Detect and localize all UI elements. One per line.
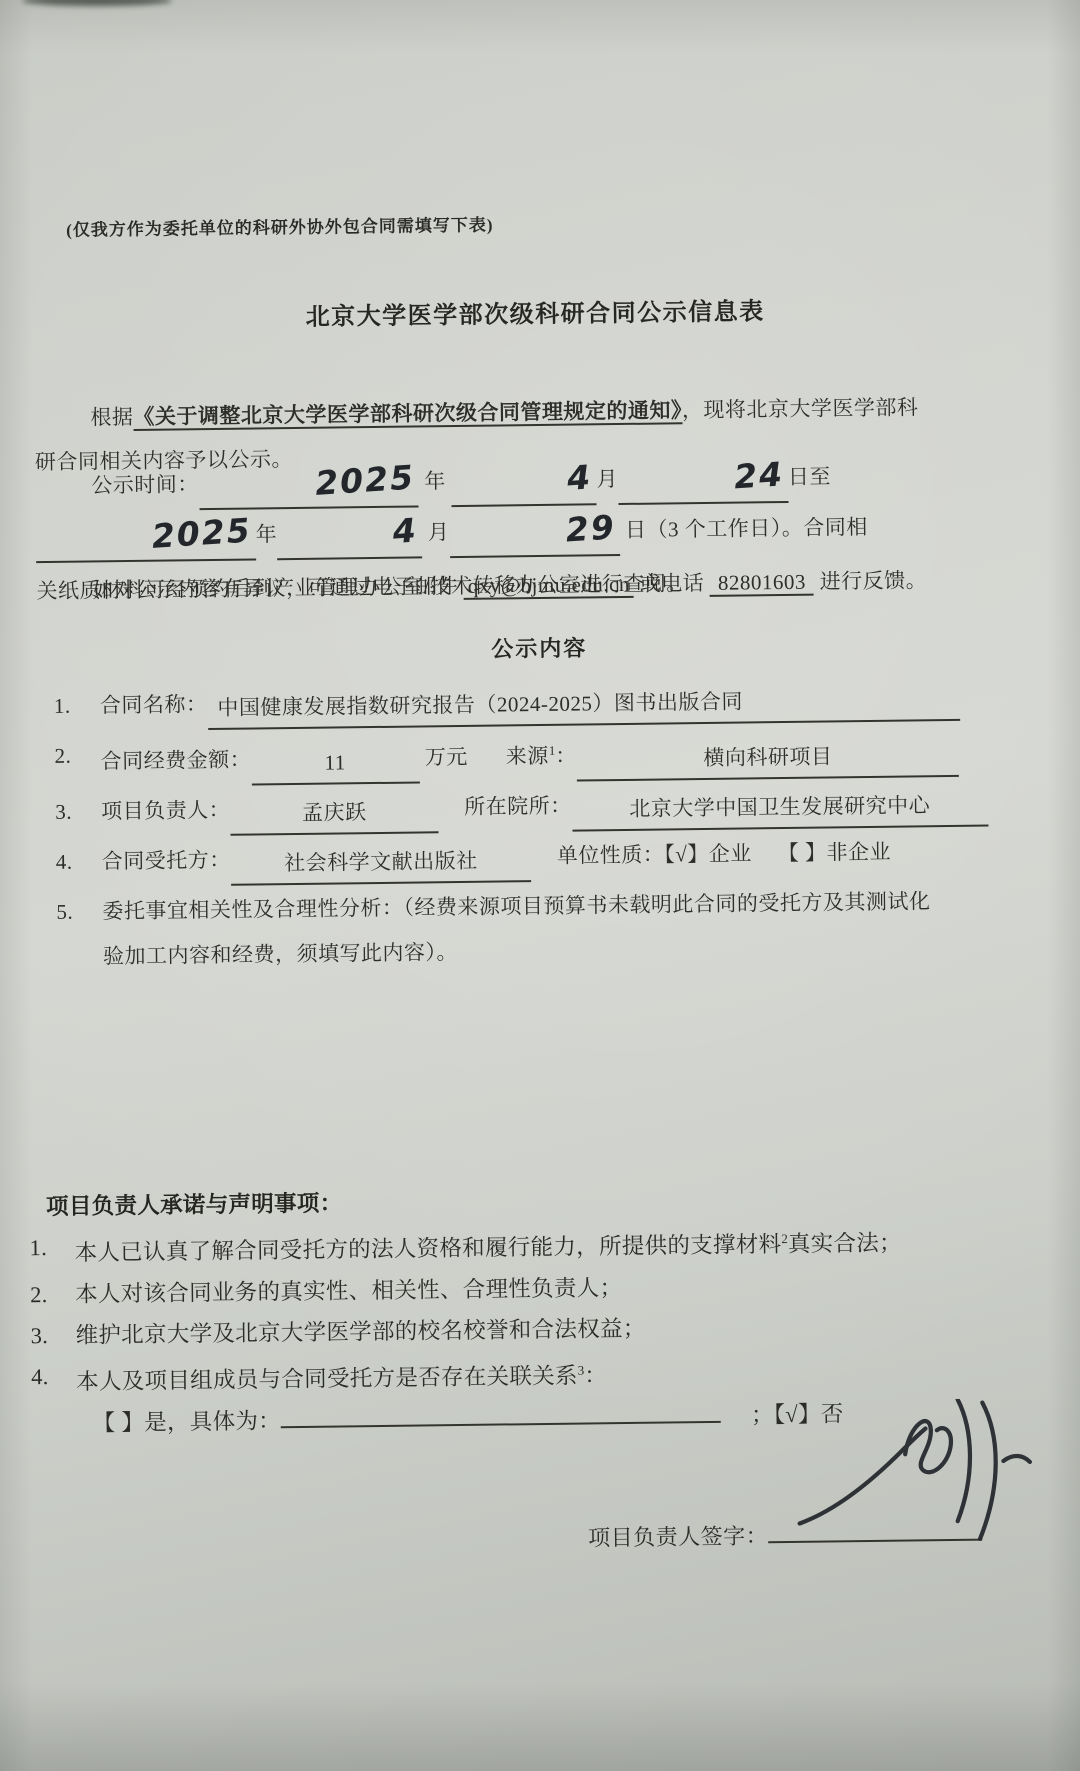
end-month-field: 4 [277,515,422,560]
institute-label: 所在院所： [464,794,572,819]
analysis-text-line1: （经费来源项目预算书未载明此合同的受托方及其测试化 [403,889,930,919]
declaration-text: 本人已认真了解合同受托方的法人资格和履行能力，所提供的支撑材料 [74,1232,781,1266]
unit-day: 日 [625,518,647,542]
amount-value: 11 [324,750,346,774]
start-month-value: 4 [511,460,594,499]
item-entrustment-analysis: 5. 委托事宜相关性及合理性分析：（经费来源项目预算书未载明此合同的受托方及其测… [40,878,1045,980]
start-year-value: 2025 [258,460,416,504]
declaration-number: 3. [30,1315,48,1356]
item-label: 合同受托方： [102,848,231,874]
handwritten-signature [788,1398,1042,1565]
content-section-header: 公示内容 [37,626,1041,669]
start-day-value: 24 [677,457,785,498]
relation-yes-option: 【 】是，具体为： [93,1408,282,1435]
source-colon: ： [555,744,577,768]
start-day-field: 24 [618,460,788,505]
leader-value: 孟庆跃 [302,800,367,825]
source-value: 横向科研项目 [703,744,832,770]
declaration-text: 维护北京大学及北京大学医学部的校名校誉和合法权益； [75,1315,645,1347]
amount-field: 11 [251,741,420,785]
form-page: (仅我方作为委托单位的科研外协外包合同需填写下表) 北京大学医学部次级科研合同公… [29,0,1055,1771]
unit-month-2: 月 [428,520,450,544]
item-number: 2. [54,734,71,779]
item-contract-amount: 2. 合同经费金额：11 万元来源1：横向科研项目 [38,722,1043,788]
entity-type-label: 单位性质： [557,842,665,867]
declaration-tail: ： [584,1362,607,1387]
institute-value: 北京大学中国卫生发展研究中心 [629,793,930,821]
unit-day-to: 日至 [788,464,831,489]
trustee-field: 社会科学文献出版社 [231,840,531,886]
end-day-field: 29 [449,513,619,558]
start-month-field: 4 [451,462,596,507]
period-tail1: （3 个工作日）。合同相 [646,515,868,542]
intro-lead: 根据 [90,405,133,430]
entity-type-unchecked-option: 【 】非企业 [778,840,892,865]
entity-type-checked-option: 【√】企业 [664,841,752,866]
end-month-value: 4 [336,513,419,552]
end-day-value: 29 [508,510,616,551]
feedback-tail: 进行反馈。 [814,568,928,593]
item-label: 合同名称： [100,692,208,717]
declaration-number: 1. [29,1227,47,1268]
declaration-number: 2. [30,1274,48,1315]
item-label: 项目负责人： [101,798,230,824]
feedback-lead: 如对公示内容有异议，可通过电子邮件 [92,574,464,603]
item-number: 5. [56,890,73,935]
item-number: 4. [56,840,73,885]
form-title: 北京大学医学部次级科研合同公示信息表 [33,288,1037,335]
feedback-phone: 82801603 [710,570,814,597]
period-line1: 公示时间：2025 年 4月24日至 2025年4 月29 日（3 个工作日）。… [35,449,1040,563]
unit-month: 月 [596,467,618,491]
source-field: 横向科研项目 [577,735,959,782]
institute-field: 北京大学中国卫生发展研究中心 [571,785,987,832]
intro-tail1: ，现将北京大学医学部科 [682,395,919,422]
declaration-text: 本人对该合同业务的真实性、相关性、合理性负责人； [75,1275,622,1307]
document-photo: (仅我方作为委托单位的科研外协外包合同需填写下表) 北京大学医学部次级科研合同公… [0,0,1080,1771]
signature-label: 项目负责人签字： [588,1523,768,1550]
unit-year-2: 年 [256,522,278,546]
leader-field: 孟庆跃 [230,791,438,836]
relation-separator: ； [751,1402,774,1427]
relation-detail-blank [281,1395,721,1428]
content-items: 1. 合同名称：中国健康发展指数研究报告（2024-2025）图书出版合同 2.… [38,672,1046,980]
item-number: 1. [54,684,71,729]
unit-year: 年 [424,469,446,493]
start-year-field: 2025 [199,464,419,510]
contract-name-field: 中国健康发展指数研究报告（2024-2025）图书出版合同 [207,679,959,730]
declaration-number: 4. [31,1356,49,1397]
item-label: 委托事宜相关性及合理性分析： [102,896,403,924]
declaration-text: 本人及项目组成员与合同受托方是否存在关联关系 [76,1363,578,1394]
end-year-field: 2025 [36,517,256,563]
contract-name-value: 中国健康发展指数研究报告（2024-2025）图书出版合同 [217,690,743,720]
period-label: 公示时间： [91,472,199,497]
declaration-tail: 真实合法； [788,1230,902,1256]
intro-reference: 《关于调整北京大学医学部科研次级合同管理规定的通知》 [133,398,682,431]
amount-unit: 万元 [425,745,468,770]
form-note: (仅我方作为委托单位的科研外协外包合同需填写下表) [66,211,494,241]
feedback-email: qxy@bjmu.edu.cn [464,572,634,600]
trustee-value: 社会科学文献出版社 [284,849,478,875]
feedback-mid: 或电话 [634,571,710,596]
source-label: 来源 [506,744,549,769]
analysis-text-line2: 验加工内容和经费，须填写此内容）。 [103,923,1045,980]
item-label: 合同经费金额： [100,748,251,774]
item-number: 3. [55,790,72,835]
end-year-value: 2025 [95,513,253,557]
